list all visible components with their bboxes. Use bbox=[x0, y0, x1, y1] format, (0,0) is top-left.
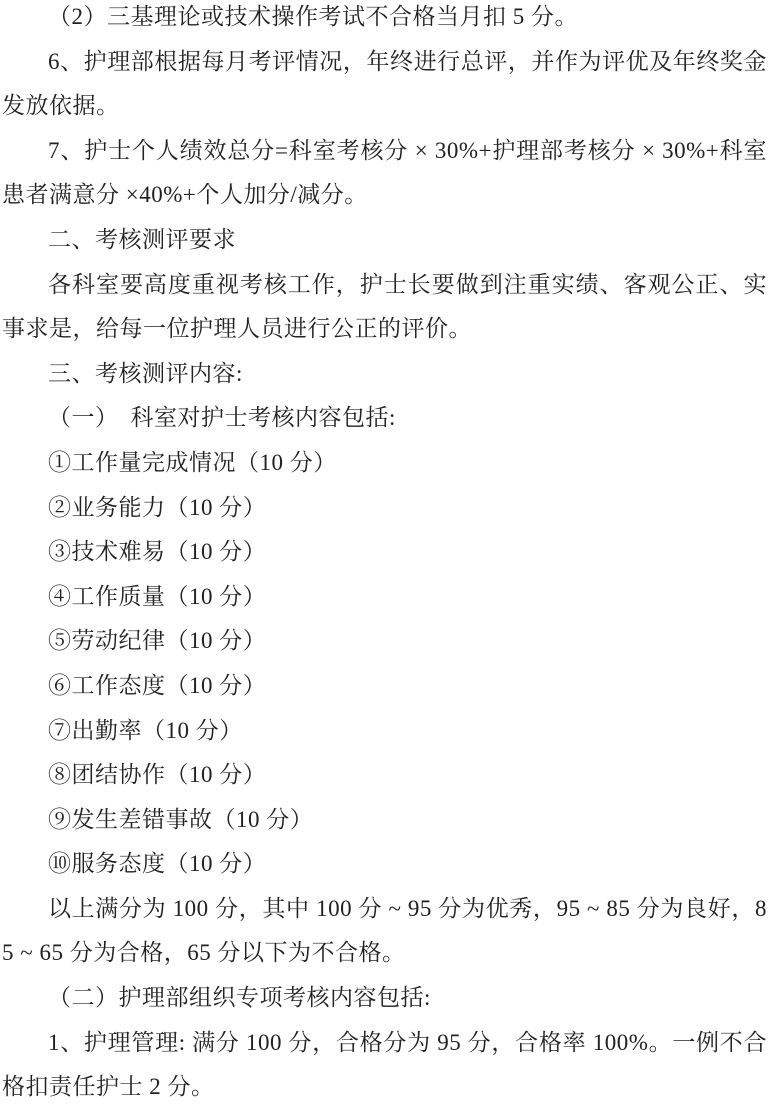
paragraph: 各科室要高度重视考核工作，护士长要做到注重实绩、客观公正、实事求是，给每一位护理… bbox=[2, 263, 767, 352]
paragraph: ③技术难易（10 分） bbox=[2, 530, 767, 575]
paragraph: ⑨发生差错事故（10 分） bbox=[2, 798, 767, 843]
paragraph: （二）护理部组织专项考核内容包括: bbox=[2, 976, 767, 1021]
paragraph: （2）三基理论或技术操作考试不合格当月扣 5 分。 bbox=[2, 0, 767, 40]
paragraph: ⑥工作态度（10 分） bbox=[2, 664, 767, 709]
document-page: （2）三基理论或技术操作考试不合格当月扣 5 分。6、护理部根据每月考评情况，年… bbox=[0, 0, 773, 1115]
paragraph: ⑦出勤率（10 分） bbox=[2, 709, 767, 754]
paragraph: ⑤劳动纪律（10 分） bbox=[2, 619, 767, 664]
paragraph: 1、护理管理: 满分 100 分，合格分为 95 分，合格率 100%。一例不合… bbox=[2, 1021, 767, 1110]
paragraph: ②业务能力（10 分） bbox=[2, 486, 767, 531]
paragraph: ⑧团结协作（10 分） bbox=[2, 753, 767, 798]
paragraph: ①工作量完成情况（10 分） bbox=[2, 441, 767, 486]
paragraph: ④工作质量（10 分） bbox=[2, 575, 767, 620]
paragraph: （一） 科室对护士考核内容包括: bbox=[2, 396, 767, 441]
paragraph: ⑩服务态度（10 分） bbox=[2, 842, 767, 887]
paragraph: 以上满分为 100 分，其中 100 分 ~ 95 分为优秀，95 ~ 85 分… bbox=[2, 887, 767, 976]
paragraph: 6、护理部根据每月考评情况，年终进行总评，并作为评优及年终奖金发放依据。 bbox=[2, 40, 767, 129]
paragraph: 二、考核测评要求 bbox=[2, 218, 767, 263]
paragraph: 7、护士个人绩效总分=科室考核分 × 30%+护理部考核分 × 30%+科室患者… bbox=[2, 129, 767, 218]
paragraph: 三、考核测评内容: bbox=[2, 352, 767, 397]
document-body: （2）三基理论或技术操作考试不合格当月扣 5 分。6、护理部根据每月考评情况，年… bbox=[2, 0, 767, 1110]
